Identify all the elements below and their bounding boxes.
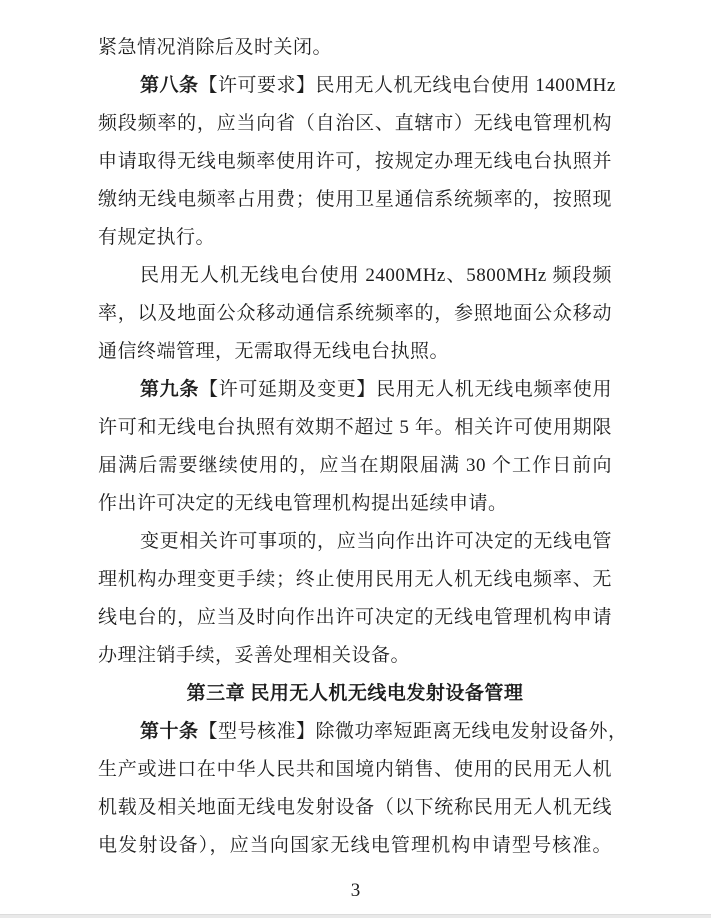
line-text: 作出许可决定的无线电管理机构提出延续申请。: [98, 493, 508, 514]
text-line: 作出许可决定的无线电管理机构提出延续申请。: [98, 485, 612, 523]
text-line: 率，以及地面公众移动通信系统频率的，参照地面公众移动: [98, 295, 612, 333]
line-text: 率，以及地面公众移动通信系统频率的，参照地面公众移动: [98, 303, 612, 324]
line-text: 办理注销手续，妥善处理相关设备。: [98, 645, 410, 666]
text-line: 电发射设备），应当向国家无线电管理机构申请型号核准。: [98, 827, 612, 865]
line-text: 通信终端管理，无需取得无线电台执照。: [98, 341, 449, 362]
text-line: 申请取得无线电频率使用许可，按规定办理无线电台执照并: [98, 143, 612, 181]
text-line: 机载及相关地面无线电发射设备（以下统称民用无人机无线: [98, 789, 612, 827]
line-text: 有规定执行。: [98, 227, 215, 248]
line-text: 线电台的，应当及时向作出许可决定的无线电管理机构申请: [98, 607, 612, 628]
text-line: 变更相关许可事项的，应当向作出许可决定的无线电管: [98, 523, 612, 561]
article-number: 第九条: [140, 379, 199, 400]
line-text: 【型号核准】除微功率短距离无线电发射设备外，: [199, 721, 628, 742]
text-line: 第九条【许可延期及变更】民用无人机无线电频率使用: [98, 371, 612, 409]
line-text: 电发射设备），应当向国家无线电管理机构申请型号核准。: [98, 835, 612, 856]
text-line: 第八条【许可要求】民用无人机无线电台使用 1400MHz: [98, 67, 612, 105]
text-line: 民用无人机无线电台使用 2400MHz、5800MHz 频段频: [98, 257, 612, 295]
line-text: 【许可延期及变更】民用无人机无线电频率使用: [199, 379, 612, 400]
page-number: 3: [0, 872, 711, 910]
text-line: 线电台的，应当及时向作出许可决定的无线电管理机构申请: [98, 599, 612, 637]
page-edge-divider: [0, 914, 711, 918]
line-text: 届满后需要继续使用的，应当在期限届满 30 个工作日前向: [98, 455, 612, 476]
line-text: 生产或进口在中华人民共和国境内销售、使用的民用无人机: [98, 759, 612, 780]
line-text: 频段频率的，应当向省（自治区、直辖市）无线电管理机构: [98, 113, 612, 134]
article-number: 第八条: [140, 75, 199, 96]
text-line: 第十条【型号核准】除微功率短距离无线电发射设备外，: [98, 713, 612, 751]
chapter-heading: 第三章 民用无人机无线电发射设备管理: [98, 675, 612, 713]
text-line: 生产或进口在中华人民共和国境内销售、使用的民用无人机: [98, 751, 612, 789]
line-text: 【许可要求】民用无人机无线电台使用 1400MHz: [199, 75, 616, 96]
text-line: 届满后需要继续使用的，应当在期限届满 30 个工作日前向: [98, 447, 612, 485]
text-line: 办理注销手续，妥善处理相关设备。: [98, 637, 612, 675]
line-text: 许可和无线电台执照有效期不超过 5 年。相关许可使用期限: [98, 417, 612, 438]
line-text: 紧急情况消除后及时关闭。: [98, 37, 332, 58]
line-text: 机载及相关地面无线电发射设备（以下统称民用无人机无线: [98, 797, 612, 818]
document-page: 紧急情况消除后及时关闭。第八条【许可要求】民用无人机无线电台使用 1400MHz…: [0, 0, 711, 918]
text-line: 许可和无线电台执照有效期不超过 5 年。相关许可使用期限: [98, 409, 612, 447]
text-line: 理机构办理变更手续；终止使用民用无人机无线电频率、无: [98, 561, 612, 599]
line-text: 缴纳无线电频率占用费；使用卫星通信系统频率的，按照现: [98, 189, 612, 210]
article-number: 第十条: [140, 721, 199, 742]
text-line: 紧急情况消除后及时关闭。: [98, 29, 612, 67]
document-body: 紧急情况消除后及时关闭。第八条【许可要求】民用无人机无线电台使用 1400MHz…: [98, 29, 612, 865]
line-text: 理机构办理变更手续；终止使用民用无人机无线电频率、无: [98, 569, 612, 590]
text-line: 通信终端管理，无需取得无线电台执照。: [98, 333, 612, 371]
text-line: 有规定执行。: [98, 219, 612, 257]
text-line: 频段频率的，应当向省（自治区、直辖市）无线电管理机构: [98, 105, 612, 143]
line-text: 第三章 民用无人机无线电发射设备管理: [187, 683, 524, 704]
line-text: 变更相关许可事项的，应当向作出许可决定的无线电管: [140, 531, 612, 552]
line-text: 民用无人机无线电台使用 2400MHz、5800MHz 频段频: [140, 265, 612, 286]
line-text: 申请取得无线电频率使用许可，按规定办理无线电台执照并: [98, 151, 612, 172]
text-line: 缴纳无线电频率占用费；使用卫星通信系统频率的，按照现: [98, 181, 612, 219]
